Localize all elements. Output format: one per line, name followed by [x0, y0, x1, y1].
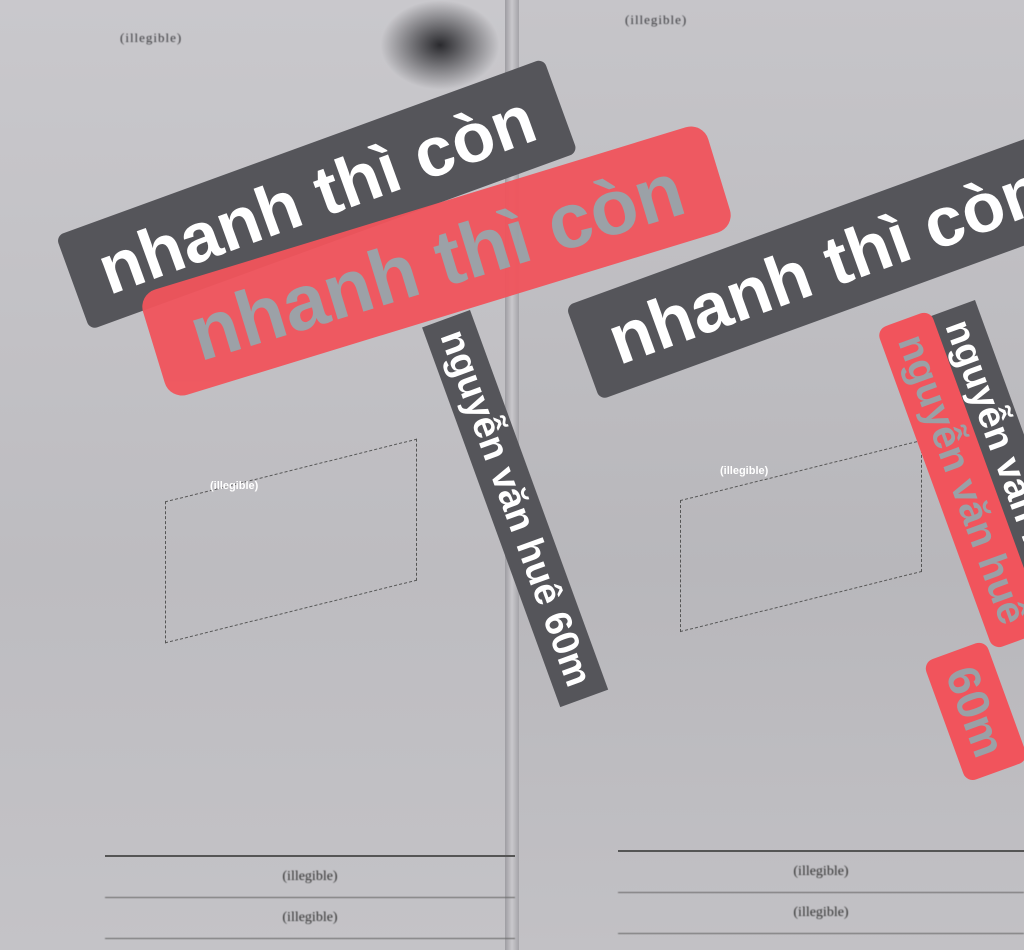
right-plot-label: (illegible): [720, 465, 768, 477]
left-table-row: (illegible): [105, 898, 515, 939]
right-table: (illegible) (illegible): [618, 850, 1024, 934]
left-table-row: (illegible): [105, 857, 515, 898]
right-table-row: (illegible): [618, 893, 1024, 934]
right-header-text: (illegible): [625, 12, 687, 28]
finger-shadow: [380, 0, 500, 90]
left-table: (illegible) (illegible): [105, 855, 515, 939]
left-plot-label: (illegible): [210, 480, 258, 492]
left-header-text: (illegible): [120, 30, 182, 46]
right-table-row: (illegible): [618, 852, 1024, 893]
